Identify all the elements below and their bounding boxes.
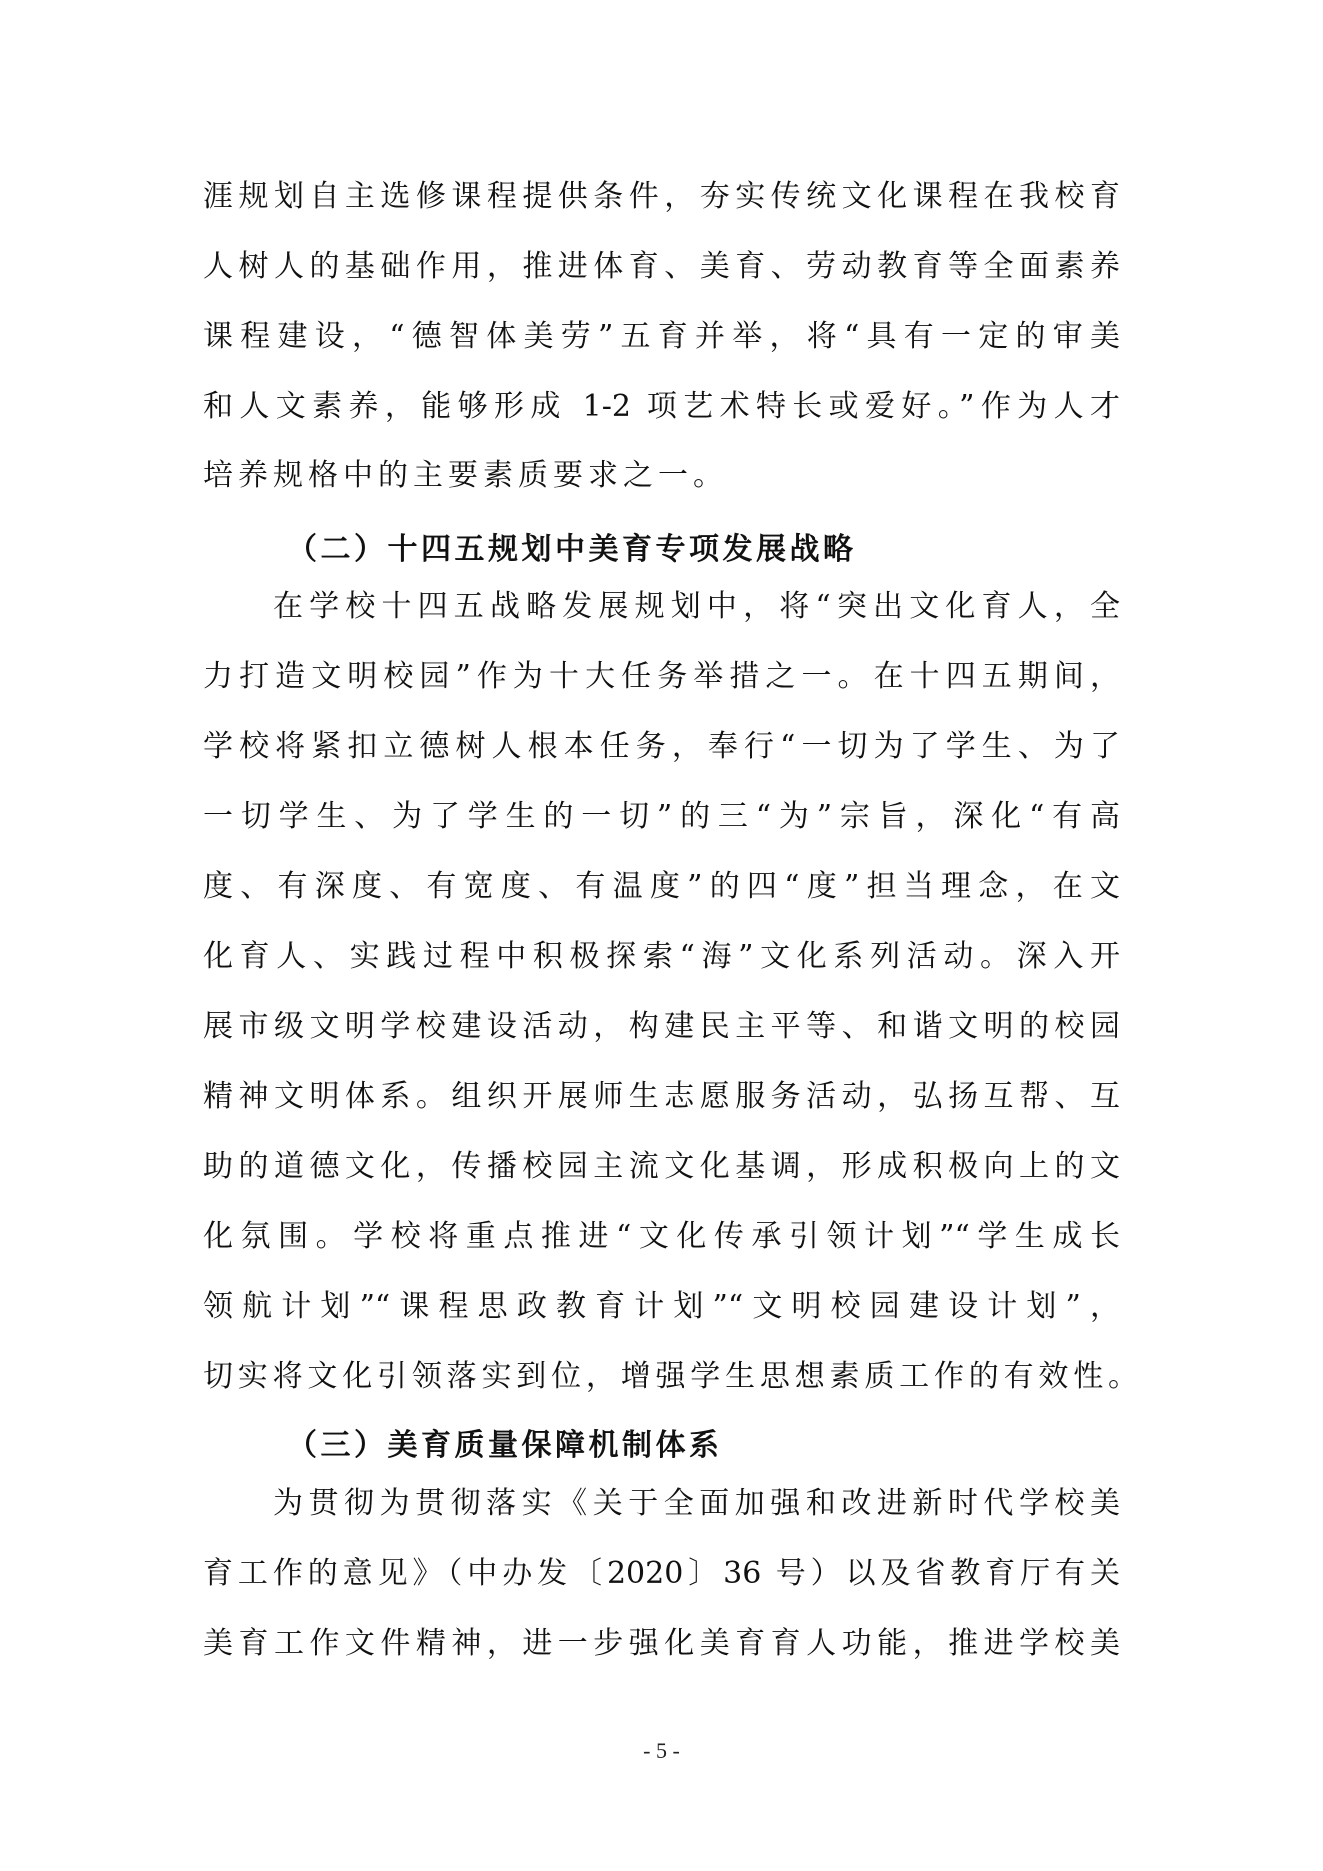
paragraph-line: 人树人的基础作用，推进体育、美育、劳动教育等全面素养 xyxy=(203,248,1120,286)
paragraph-line: 化育人、实践过程中积极探索“海”文化系列活动。深入开 xyxy=(203,938,1120,976)
paragraph-line: 展市级文明学校建设活动，构建民主平等、和谐文明的校园 xyxy=(203,1008,1120,1046)
page-number: - 5 - xyxy=(0,1736,1323,1766)
paragraph-line: 助的道德文化，传播校园主流文化基调，形成积极向上的文 xyxy=(203,1148,1120,1186)
paragraph-line: 切实将文化引领落实到位，增强学生思想素质工作的有效性。 xyxy=(203,1358,1138,1396)
paragraph-line: 精神文明体系。组织开展师生志愿服务活动，弘扬互帮、互 xyxy=(203,1078,1120,1116)
paragraph-line: 涯规划自主选修课程提供条件，夯实传统文化课程在我校育 xyxy=(203,178,1120,216)
paragraph-line: 培养规格中的主要素质要求之一。 xyxy=(203,457,1120,495)
paragraph-line: 美育工作文件精神，进一步强化美育育人功能，推进学校美 xyxy=(203,1625,1120,1663)
paragraph-line: 学校将紧扣立德树人根本任务，奉行“一切为了学生、为了 xyxy=(203,728,1120,766)
paragraph-line: 一切学生、为了学生的一切”的三“为”宗旨，深化“有高 xyxy=(203,798,1120,836)
section-heading-3: （三）美育质量保障机制体系 xyxy=(287,1427,723,1465)
paragraph-line: 化氛围。学校将重点推进“文化传承引领计划”“学生成长 xyxy=(203,1218,1120,1256)
paragraph-line: 课程建设，“德智体美劳”五育并举，将“具有一定的审美 xyxy=(203,318,1120,356)
paragraph-line: 育工作的意见》（中办发〔2020〕36 号）以及省教育厅有关 xyxy=(203,1555,1120,1593)
document-page: 涯规划自主选修课程提供条件，夯实传统文化课程在我校育 人树人的基础作用，推进体育… xyxy=(0,0,1323,1871)
paragraph-line: 和人文素养，能够形成 1-2 项艺术特长或爱好。”作为人才 xyxy=(203,388,1120,426)
paragraph-line: 度、有深度、有宽度、有温度”的四“度”担当理念，在文 xyxy=(203,868,1120,906)
paragraph-line: 力打造文明校园”作为十大任务举措之一。在十四五期间， xyxy=(203,658,1120,696)
paragraph-line: 为贯彻为贯彻落实《关于全面加强和改进新时代学校美 xyxy=(273,1485,1120,1523)
paragraph-line: 领航计划”“课程思政教育计划”“文明校园建设计划”， xyxy=(203,1288,1120,1326)
section-heading-2: （二）十四五规划中美育专项发展战略 xyxy=(287,531,857,569)
paragraph-line: 在学校十四五战略发展规划中，将“突出文化育人，全 xyxy=(273,588,1120,626)
